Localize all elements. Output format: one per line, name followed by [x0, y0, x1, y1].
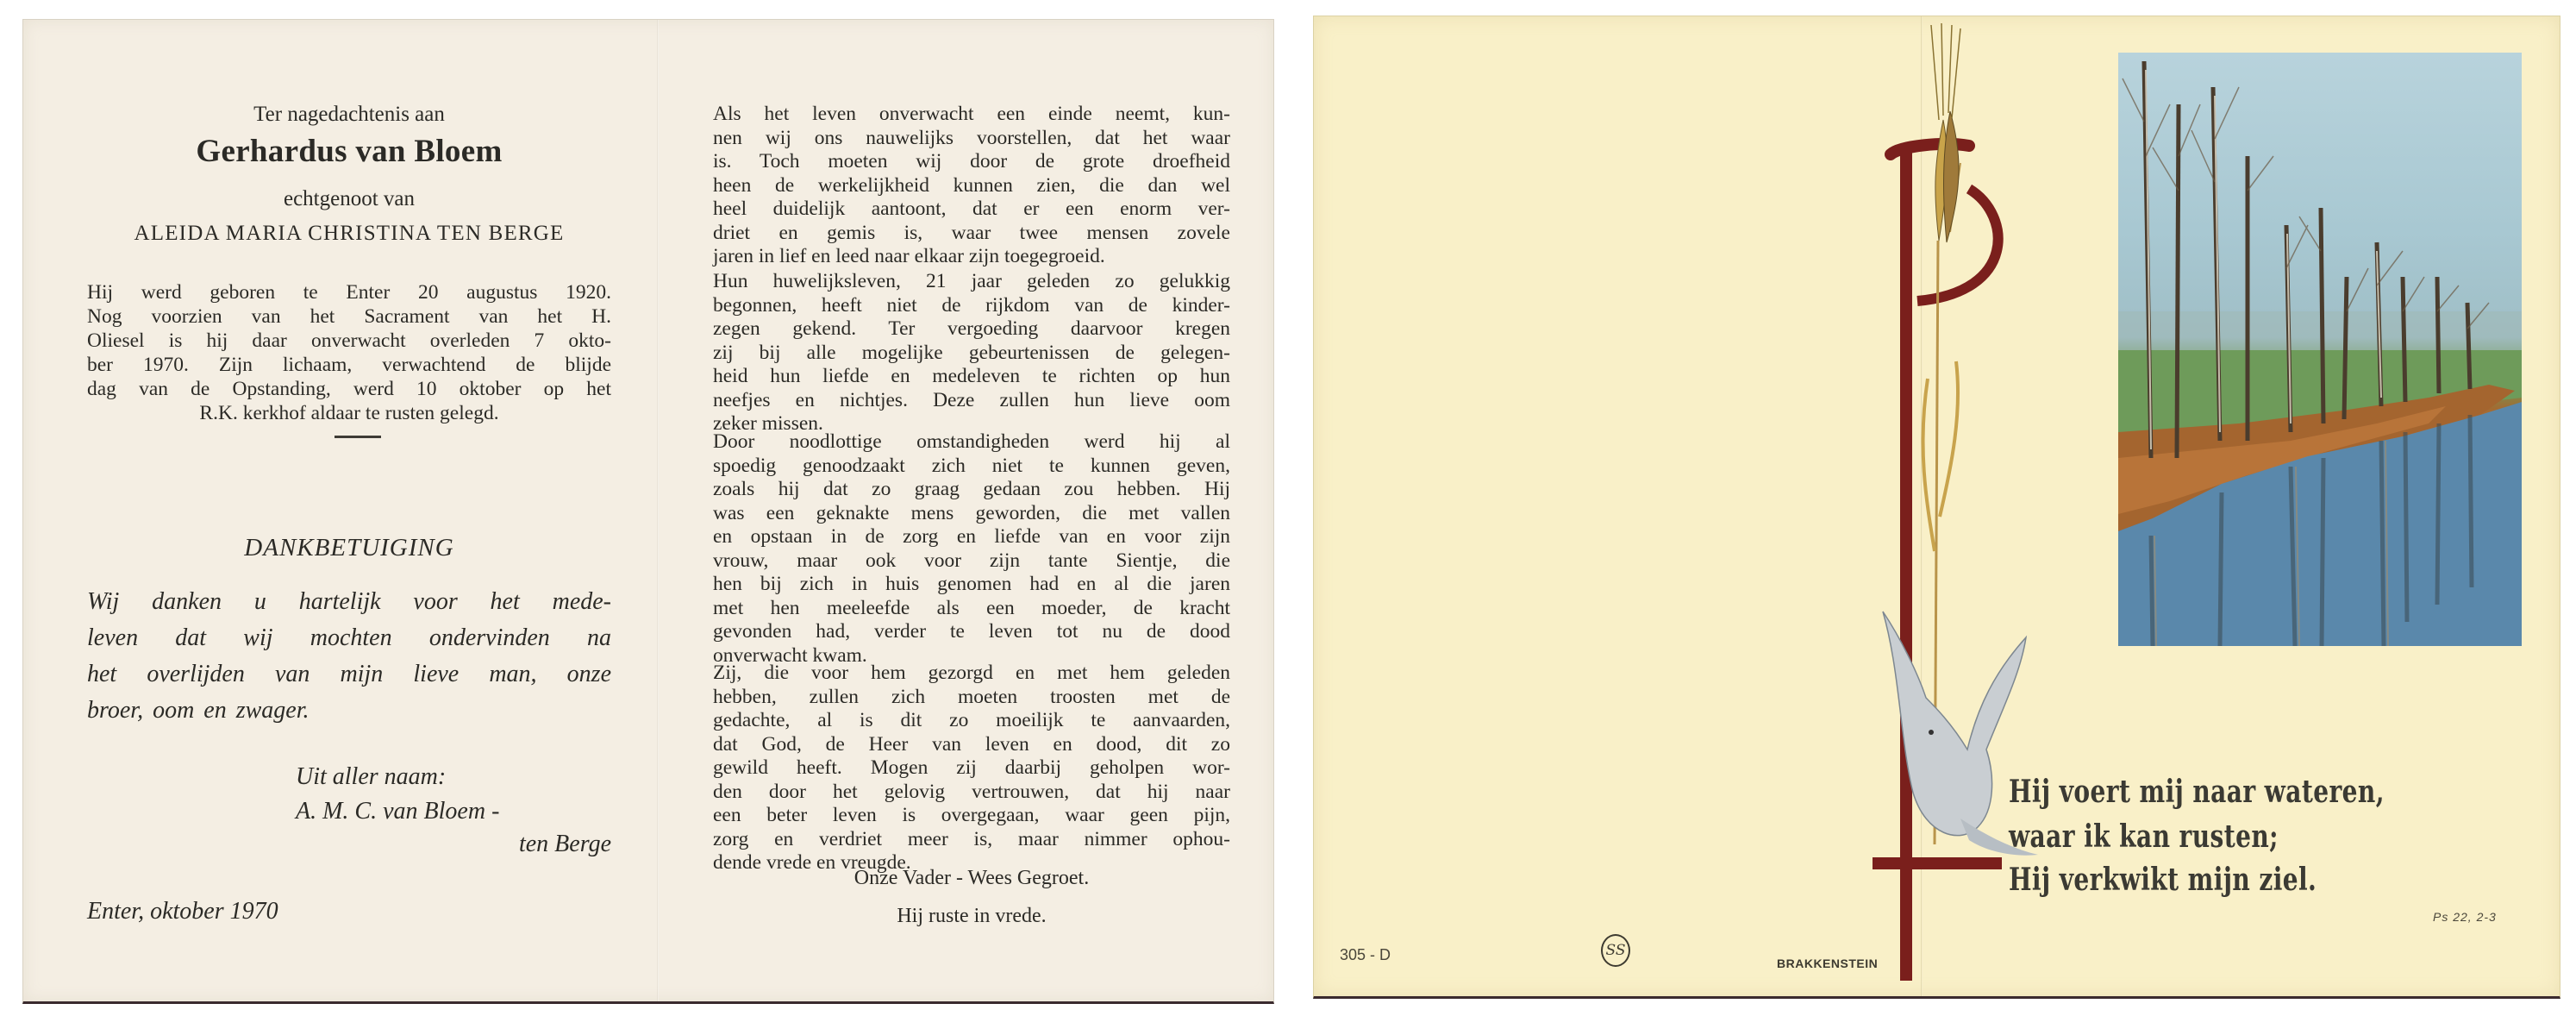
memorial-card-inside: Ter nagedachtenis aan Gerhardus van Bloe…: [22, 19, 1274, 1004]
text-line: zegen gekend. Ter vergoeding daarvoor kr…: [713, 317, 1230, 342]
divider: [335, 436, 381, 438]
text-line: was een geknakte mens geworden, die met …: [713, 502, 1230, 526]
publisher-name: BRAKKENSTEIN: [1777, 957, 1878, 970]
text-line: zoals hij dat zo graag gedaan zou hebben…: [713, 478, 1230, 502]
text-line: Nog voorzien van het Sacrament van het H…: [87, 304, 611, 329]
text-line: spoedig genoodzaakt zich niet te kunnen …: [713, 455, 1230, 479]
deceased-name: Gerhardus van Bloem: [87, 133, 611, 170]
verse-line: Hij verkwikt mijn ziel.: [2009, 862, 2317, 898]
biography-text: Hij werd geboren te Enter 20 augustus 19…: [87, 280, 611, 425]
landscape-photo: [2118, 53, 2522, 646]
text-line: Door noodlottige omstandigheden werd hij…: [713, 430, 1230, 455]
text-line: Oliesel is hij daar onverwacht overleden…: [87, 329, 611, 353]
text-line: hebben, zullen zich moeten troosten met …: [713, 686, 1230, 710]
text-line: den door het gelovig vertrouwen, dat hij…: [713, 781, 1230, 805]
text-line: Hun huwelijksleven, 21 jaar geleden zo g…: [713, 270, 1230, 294]
text-line: heel duidelijk aantoont, dat er een enor…: [713, 198, 1230, 222]
text-line: Hij werd geboren te Enter 20 augustus 19…: [87, 280, 611, 304]
text-line: met hen meeleefde als een moeder, de kra…: [713, 597, 1230, 621]
paragraph: Als het leven onverwacht een einde neemt…: [713, 103, 1230, 269]
text-line: nen wij ons nauwelijks voorstellen, dat …: [713, 127, 1230, 151]
card-fold-line: [657, 20, 659, 1001]
verse-reference: Ps 22, 2-3: [2433, 910, 2497, 924]
memorial-intro: Ter nagedachtenis aan: [87, 103, 611, 127]
memorial-panel-left: Ter nagedachtenis aan Gerhardus van Bloe…: [87, 20, 611, 1001]
spouse-name: ALEIDA MARIA CHRISTINA TEN BERGE: [87, 222, 611, 246]
text-line: vrouw, maar ook voor zijn tante Sientje,…: [713, 549, 1230, 574]
text-line: Zij, die voor hem gezorgd en met hem gel…: [713, 662, 1230, 686]
text-line: driet en gemis is, waar twee mensen zove…: [713, 222, 1230, 246]
text-line: R.K. kerkhof aldaar te rusten gelegd.: [87, 401, 611, 425]
verse-line: Hij voert mij naar wateren,: [2009, 774, 2385, 810]
text-line: het overlijden van mijn lieve man, onze: [87, 656, 611, 693]
publisher-logo-icon: SS: [1601, 934, 1630, 967]
text-line: Als het leven onverwacht een einde neemt…: [713, 103, 1230, 127]
text-line: hen bij zich in huis genomen had en al d…: [713, 573, 1230, 597]
text-line: en opstaan in de zorg en liefde van en v…: [713, 525, 1230, 549]
paragraph: Hun huwelijksleven, 21 jaar geleden zo g…: [713, 270, 1230, 436]
spouse-label: echtgenoot van: [87, 187, 611, 211]
signature-line-3: ten Berge: [519, 831, 611, 858]
memorial-panel-right: Als het leven onverwacht een einde neemt…: [713, 20, 1230, 1001]
memorial-card-outside: 305 - D SS BRAKKENSTEIN: [1313, 16, 2560, 999]
text-line: heen de werkelijkheid kunnen zien, die d…: [713, 174, 1230, 198]
paragraph: Door noodlottige omstandigheden werd hij…: [713, 430, 1230, 668]
text-line: gedachte, al is dit zo moeilijk te aanva…: [713, 709, 1230, 733]
text-line: leven dat wij mochten ondervinden na: [87, 620, 611, 656]
signature-line-2: A. M. C. van Bloem -: [296, 798, 499, 825]
text-line: zij bij alle mogelijke gebeurtenissen de…: [713, 342, 1230, 366]
print-code: 305 - D: [1340, 946, 1391, 964]
text-line: jaren in lief en leed naar elkaar zijn t…: [713, 245, 1230, 269]
text-line: ber 1970. Zijn lichaam, verwachtend de b…: [87, 353, 611, 377]
prayer-line: Onze Vader - Wees Gegroet.: [713, 867, 1230, 890]
text-line: dat God, de Heer van leven en dood, dit …: [713, 733, 1230, 757]
text-line: een beter leven is overgegaan, waar geen…: [713, 804, 1230, 828]
rest-in-peace: Hij ruste in vrede.: [713, 905, 1230, 928]
text-line: Wij danken u hartelijk voor het mede-: [87, 584, 611, 620]
text-line: heid hun liefde en medeleven te richten …: [713, 365, 1230, 389]
place-date: Enter, oktober 1970: [87, 898, 278, 925]
text-line: gevonden had, verder te leven tot nu de …: [713, 620, 1230, 644]
thanks-heading: DANKBETUIGING: [87, 534, 611, 562]
text-line: begonnen, heeft niet de rijkdom van de k…: [713, 294, 1230, 318]
text-line: broer, oom en zwager.: [87, 693, 611, 729]
text-line: zorg en verdriet meer is, maar nimmer op…: [713, 828, 1230, 852]
text-line: dag van de Opstanding, werd 10 oktober o…: [87, 377, 611, 401]
thanks-text: Wij danken u hartelijk voor het mede-lev…: [87, 584, 611, 729]
paragraph: Zij, die voor hem gezorgd en met hem gel…: [713, 662, 1230, 875]
text-line: gewild heeft. Mogen zij daarbij geholpen…: [713, 756, 1230, 781]
signature-line-1: Uit aller naam:: [296, 763, 446, 791]
tree-river-illustration: [2118, 53, 2522, 646]
text-line: is. Toch moeten wij door de grote droefh…: [713, 150, 1230, 174]
verse-line: waar ik kan rusten;: [2009, 819, 2279, 855]
text-line: neefjes en nichtjes. Deze zullen hun lie…: [713, 389, 1230, 413]
